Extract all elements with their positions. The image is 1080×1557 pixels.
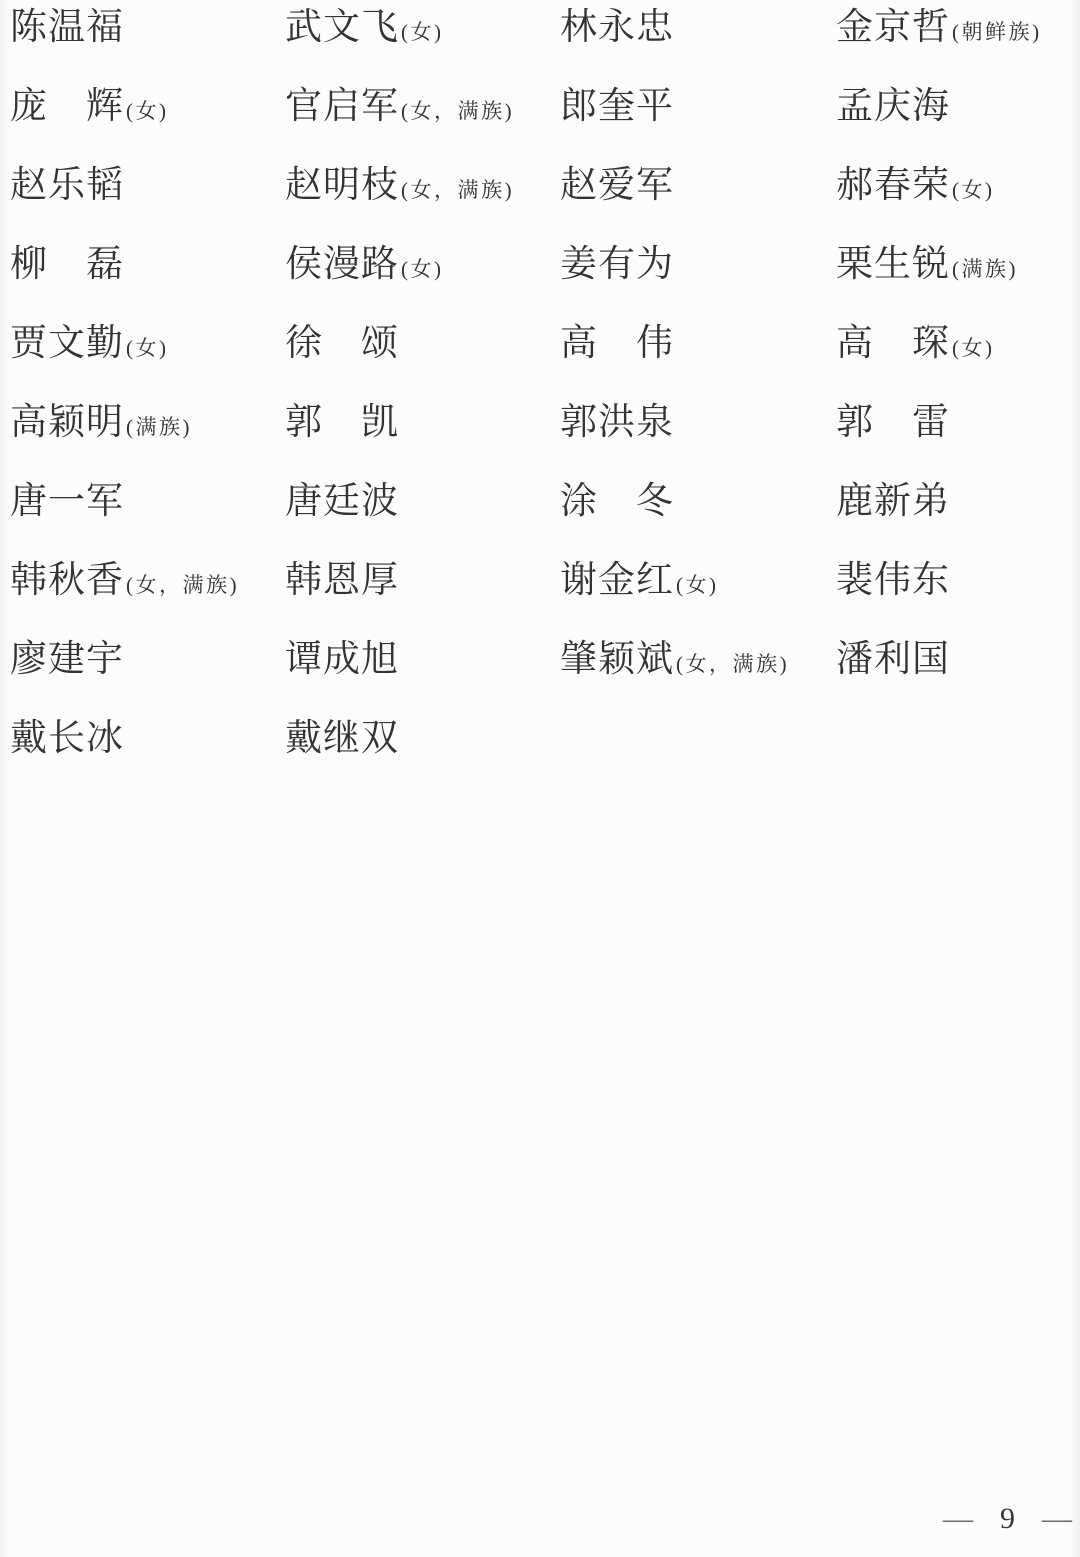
empty-cell (560, 715, 836, 794)
footer-right-dash: — (1042, 1503, 1072, 1535)
name-entry: 陈温福 (10, 4, 285, 83)
person-name: 郎奎平 (560, 86, 674, 127)
name-entry: 高颖明(满族) (10, 399, 285, 478)
person-note: (女，满族) (401, 99, 514, 123)
person-note: (女，满族) (126, 573, 239, 597)
name-entry: 郭 凯 (285, 399, 560, 478)
name-entry: 唐一军 (10, 478, 285, 557)
name-entry: 潘利国 (836, 636, 1080, 715)
name-entry: 柳 磊 (10, 241, 285, 320)
name-entry: 唐廷波 (285, 478, 560, 557)
name-entry: 栗生锐(满族) (836, 241, 1080, 320)
page-number: 9 (1000, 1503, 1015, 1535)
name-entry: 鹿新弟 (836, 478, 1080, 557)
person-name: 韩恩厚 (285, 560, 399, 601)
person-name: 武文飞 (285, 7, 399, 48)
person-name: 唐廷波 (285, 481, 399, 522)
person-note: (满族) (952, 257, 1018, 281)
person-name: 官启军 (285, 86, 399, 127)
person-note: (朝鲜族) (952, 20, 1042, 44)
name-entry: 高 琛(女) (836, 320, 1080, 399)
name-entry: 侯漫路(女) (285, 241, 560, 320)
name-entry: 庞 辉(女) (10, 83, 285, 162)
person-note: (女) (126, 99, 169, 123)
person-name: 郭 雷 (836, 402, 950, 443)
person-name: 高 琛 (836, 323, 950, 364)
person-note: (满族) (126, 415, 192, 439)
person-note: (女，满族) (401, 178, 514, 202)
name-entry: 赵爱军 (560, 162, 836, 241)
person-name: 戴继双 (285, 718, 399, 759)
person-note: (女，满族) (676, 652, 789, 676)
person-name: 谭成旭 (285, 639, 399, 680)
person-note: (女) (676, 573, 719, 597)
person-name: 陈温福 (10, 7, 124, 48)
person-name: 贾文勤 (10, 323, 124, 364)
person-note: (女) (401, 257, 444, 281)
name-entry: 贾文勤(女) (10, 320, 285, 399)
person-name: 赵明枝 (285, 165, 399, 206)
name-entry: 郝春荣(女) (836, 162, 1080, 241)
name-entry: 高 伟 (560, 320, 836, 399)
name-entry: 肇颖斌(女，满族) (560, 636, 836, 715)
person-note: (女) (126, 336, 169, 360)
name-entry: 孟庆海 (836, 83, 1080, 162)
name-entry: 武文飞(女) (285, 4, 560, 83)
name-entry: 徐 颂 (285, 320, 560, 399)
left-scan-shadow (0, 0, 10, 1557)
name-entry: 赵乐韬 (10, 162, 285, 241)
empty-cell (836, 715, 1080, 794)
name-list: 陈温福武文飞(女)林永忠金京哲(朝鲜族)庞 辉(女)官启军(女，满族)郎奎平孟庆… (10, 4, 1080, 794)
person-note: (女) (952, 336, 995, 360)
person-name: 廖建宇 (10, 639, 124, 680)
person-name: 高 伟 (560, 323, 674, 364)
person-name: 庞 辉 (10, 86, 124, 127)
person-name: 戴长冰 (10, 718, 124, 759)
person-name: 郭洪泉 (560, 402, 674, 443)
name-entry: 郭洪泉 (560, 399, 836, 478)
person-name: 孟庆海 (836, 86, 950, 127)
name-entry: 廖建宇 (10, 636, 285, 715)
name-entry: 官启军(女，满族) (285, 83, 560, 162)
person-name: 裴伟东 (836, 560, 950, 601)
name-entry: 赵明枝(女，满族) (285, 162, 560, 241)
person-name: 鹿新弟 (836, 481, 950, 522)
name-entry: 韩恩厚 (285, 557, 560, 636)
person-note: (女) (401, 20, 444, 44)
person-name: 唐一军 (10, 481, 124, 522)
name-entry: 郎奎平 (560, 83, 836, 162)
person-name: 赵乐韬 (10, 165, 124, 206)
name-entry: 裴伟东 (836, 557, 1080, 636)
name-entry: 戴长冰 (10, 715, 285, 794)
person-name: 肇颖斌 (560, 639, 674, 680)
person-name: 柳 磊 (10, 244, 124, 285)
footer-left-dash: — (943, 1503, 973, 1535)
name-entry: 谭成旭 (285, 636, 560, 715)
person-name: 徐 颂 (285, 323, 399, 364)
person-name: 韩秋香 (10, 560, 124, 601)
person-name: 郝春荣 (836, 165, 950, 206)
name-entry: 谢金红(女) (560, 557, 836, 636)
name-entry: 林永忠 (560, 4, 836, 83)
page-footer: — 9 — (943, 1503, 1072, 1535)
name-entry: 戴继双 (285, 715, 560, 794)
person-note: (女) (952, 178, 995, 202)
person-name: 侯漫路 (285, 244, 399, 285)
name-entry: 韩秋香(女，满族) (10, 557, 285, 636)
person-name: 金京哲 (836, 7, 950, 48)
person-name: 涂 冬 (560, 481, 674, 522)
person-name: 谢金红 (560, 560, 674, 601)
name-entry: 金京哲(朝鲜族) (836, 4, 1080, 83)
person-name: 林永忠 (560, 7, 674, 48)
person-name: 赵爱军 (560, 165, 674, 206)
person-name: 姜有为 (560, 244, 674, 285)
document-page: 陈温福武文飞(女)林永忠金京哲(朝鲜族)庞 辉(女)官启军(女，满族)郎奎平孟庆… (0, 0, 1080, 1557)
person-name: 高颖明 (10, 402, 124, 443)
name-entry: 涂 冬 (560, 478, 836, 557)
name-entry: 郭 雷 (836, 399, 1080, 478)
person-name: 栗生锐 (836, 244, 950, 285)
person-name: 郭 凯 (285, 402, 399, 443)
person-name: 潘利国 (836, 639, 950, 680)
name-entry: 姜有为 (560, 241, 836, 320)
